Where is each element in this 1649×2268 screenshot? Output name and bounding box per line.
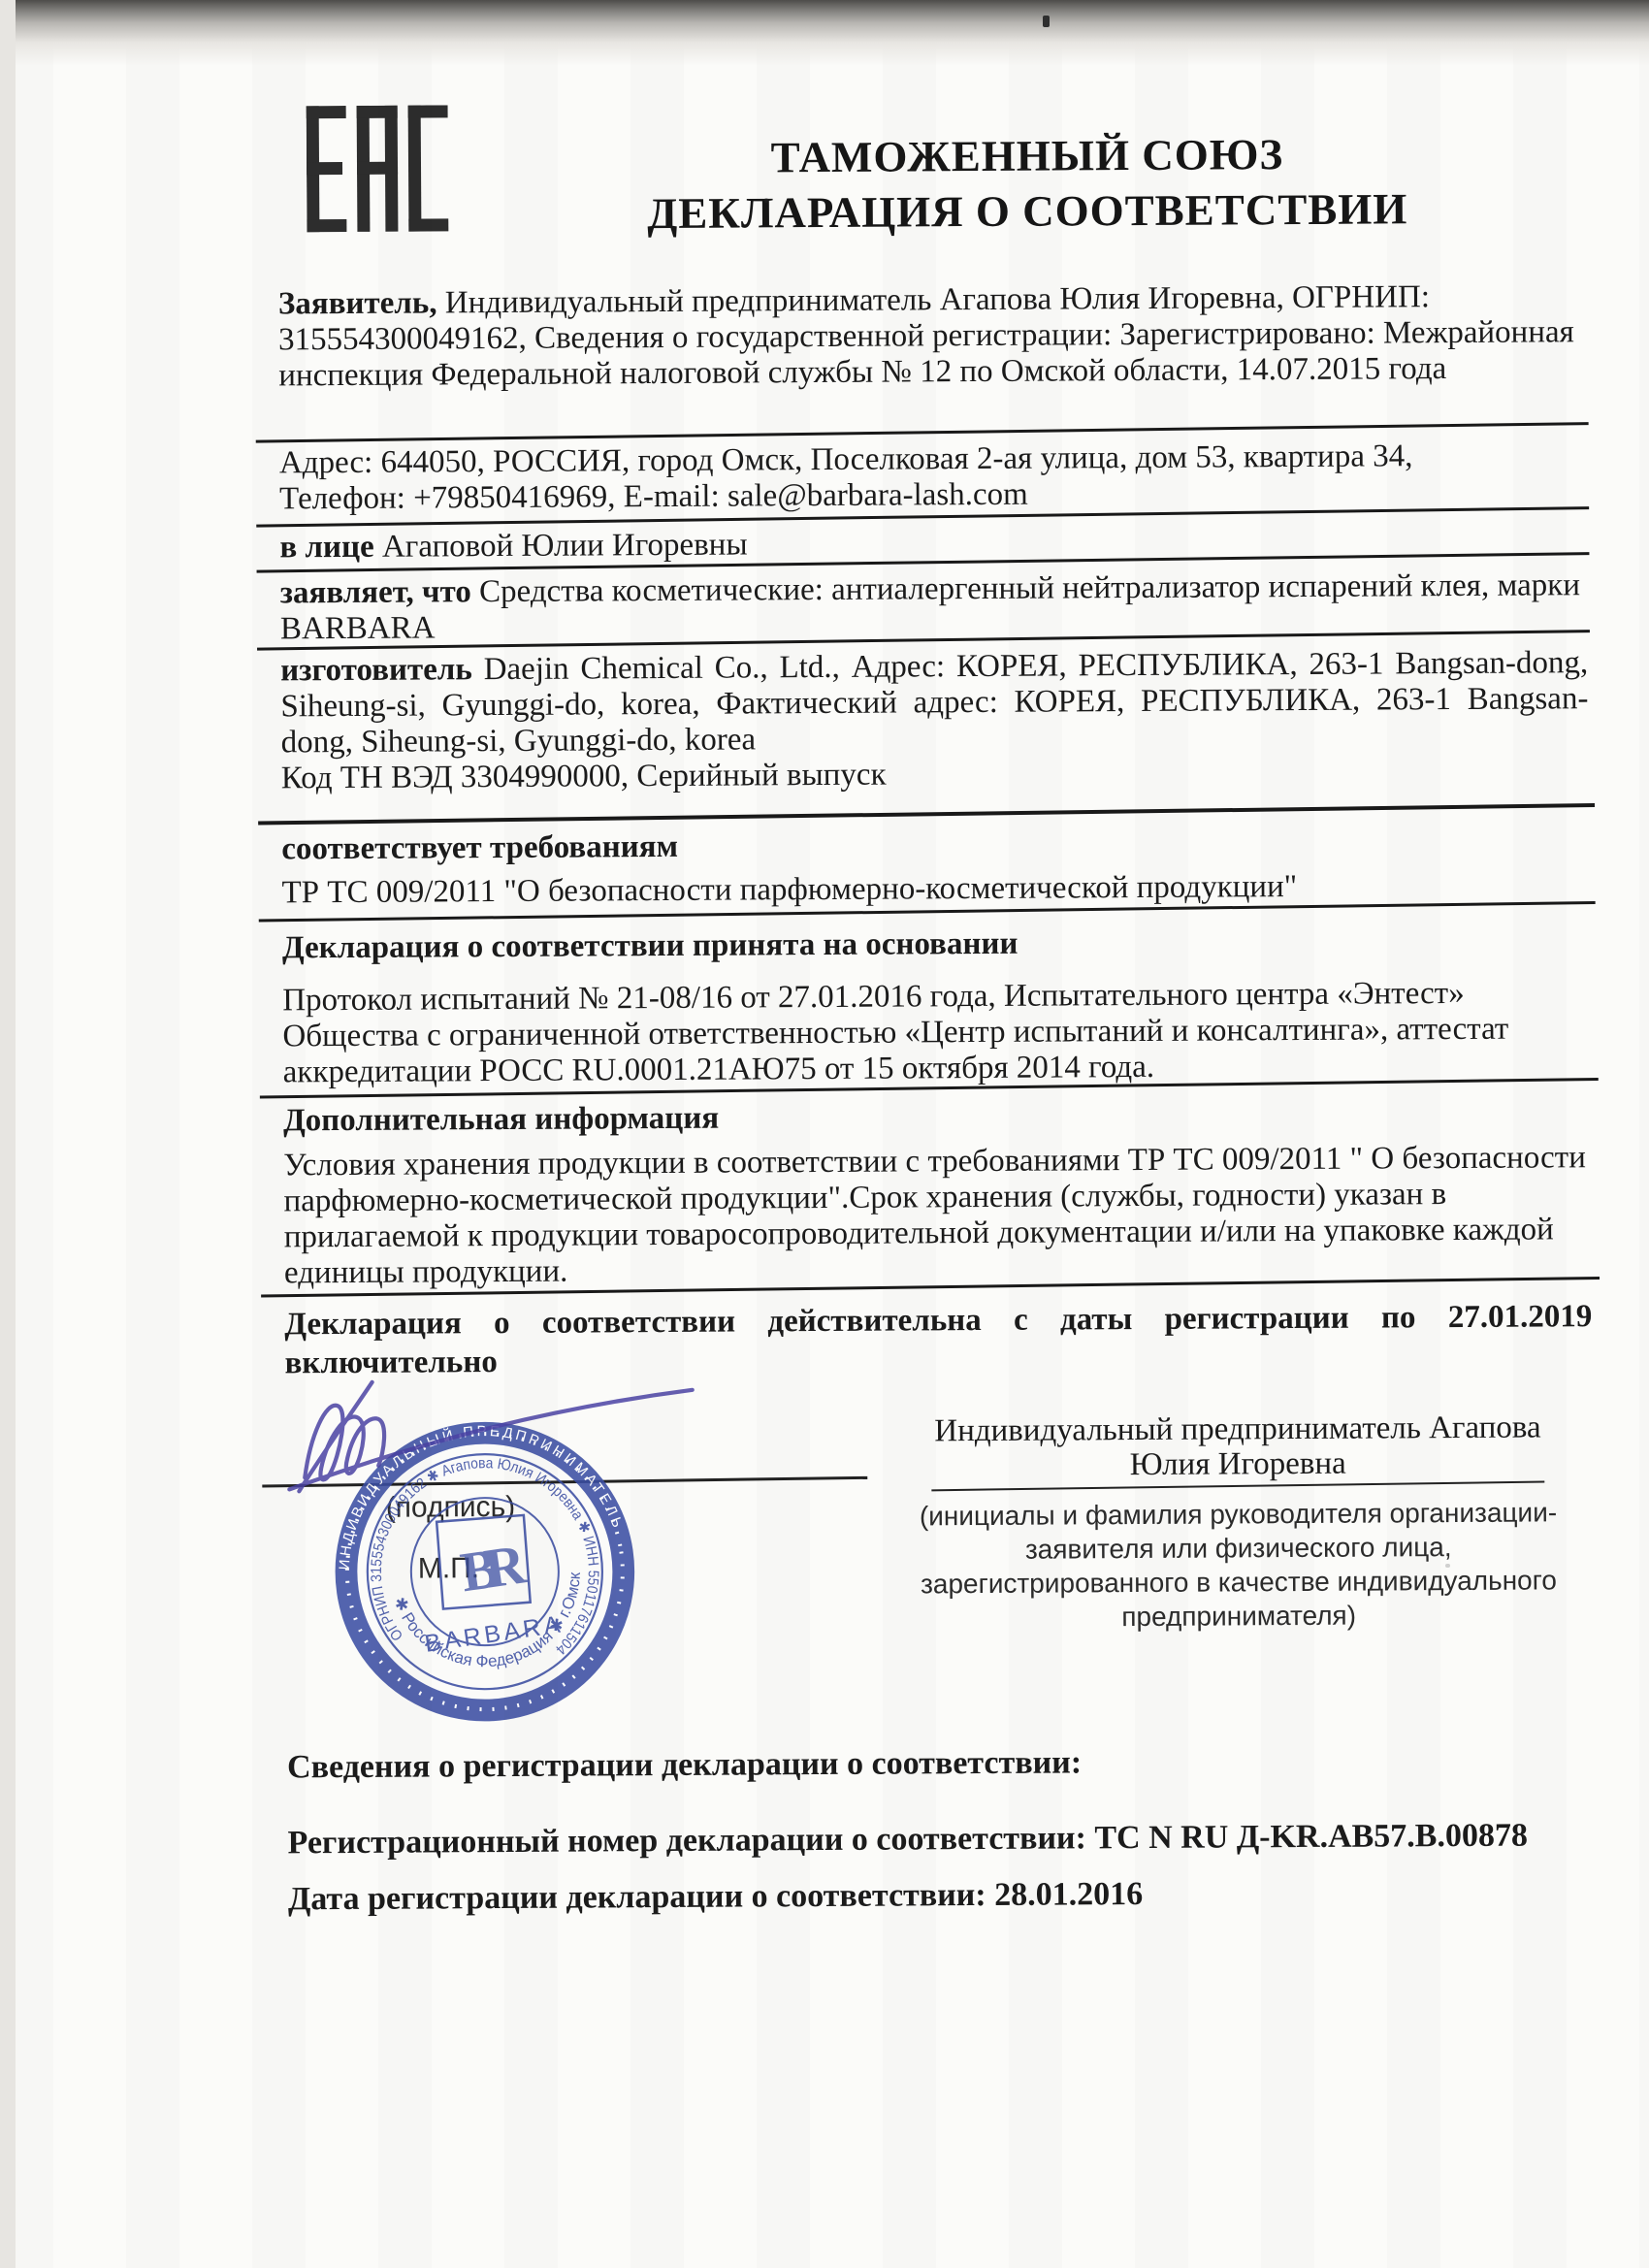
in-person-label: в лице: [279, 530, 373, 566]
registration-date-line: Дата регистрации декларации о соответств…: [288, 1873, 1596, 1918]
registration-heading: Сведения о регистрации декларации о соот…: [287, 1741, 1595, 1786]
title-line-customs-union: ТАМОЖЕННЫЙ СОЮЗ: [499, 125, 1556, 187]
address-paragraph: Адрес: 644050, РОССИЯ, город Омск, Посел…: [279, 437, 1587, 517]
additional-text: Условия хранения продукции в соответстви…: [283, 1140, 1592, 1291]
registration-number-value: ТС N RU Д-KR.AB57.B.00878: [1094, 1818, 1528, 1857]
basis-text: Протокол испытаний № 21-08/16 от 27.01.2…: [282, 975, 1591, 1090]
document-title: ТАМОЖЕННЫЙ СОЮЗ ДЕКЛАРАЦИЯ О СООТВЕТСТВИ…: [499, 125, 1557, 243]
scan-artifact: [1043, 16, 1050, 27]
additional-heading: Дополнительная информация: [283, 1095, 1591, 1139]
applicant-paragraph: Заявитель, Индивидуальный предпринимател…: [278, 278, 1587, 394]
scan-edge-shadow-left: [0, 0, 16, 2268]
separator-line: [258, 803, 1595, 826]
complies-heading: соответствует требованиям: [281, 824, 1589, 867]
scan-artifact: [764, 198, 768, 203]
registration-number-line: Регистрационный номер декларации о соотв…: [287, 1817, 1595, 1862]
stamp-monogram: BR: [457, 1532, 531, 1604]
name-caption: (инициалы и фамилия руководителя организ…: [914, 1495, 1563, 1635]
registration-date-value: 28.01.2016: [994, 1876, 1143, 1913]
manufacturer-label: изготовитель: [280, 652, 472, 688]
in-person-paragraph: в лице Агаповой Юлии Игоревны: [279, 522, 1587, 566]
entrepreneur-name: Индивидуальный предприниматель Агапова Ю…: [931, 1409, 1544, 1483]
basis-heading: Декларация о соответствии принята на осн…: [282, 923, 1590, 966]
scan-artifact: [1445, 1564, 1450, 1568]
scan-edge-shadow-top: [0, 0, 1649, 68]
eac-conformity-mark-icon: [307, 105, 449, 234]
document-content: ТАМОЖЕННЫЙ СОЮЗ ДЕКЛАРАЦИЯ О СООТВЕТСТВИ…: [0, 0, 1649, 2268]
declares-label: заявляет, что: [280, 574, 471, 610]
declares-paragraph: заявляет, что Средства косметические: ан…: [280, 567, 1588, 647]
tnved-paragraph: Код ТН ВЭД 3304990000, Серийный выпуск: [281, 753, 1589, 796]
applicant-label: Заявитель,: [278, 285, 437, 321]
scanned-declaration-page: ТАМОЖЕННЫЙ СОЮЗ ДЕКЛАРАЦИЯ О СООТВЕТСТВИ…: [0, 0, 1649, 2268]
handwritten-signature: [275, 1361, 723, 1509]
title-line-declaration: ДЕКЛАРАЦИЯ О СООТВЕТСТВИИ: [499, 180, 1556, 243]
manufacturer-paragraph: изготовитель Daejin Chemical Co., Ltd., …: [280, 645, 1589, 761]
